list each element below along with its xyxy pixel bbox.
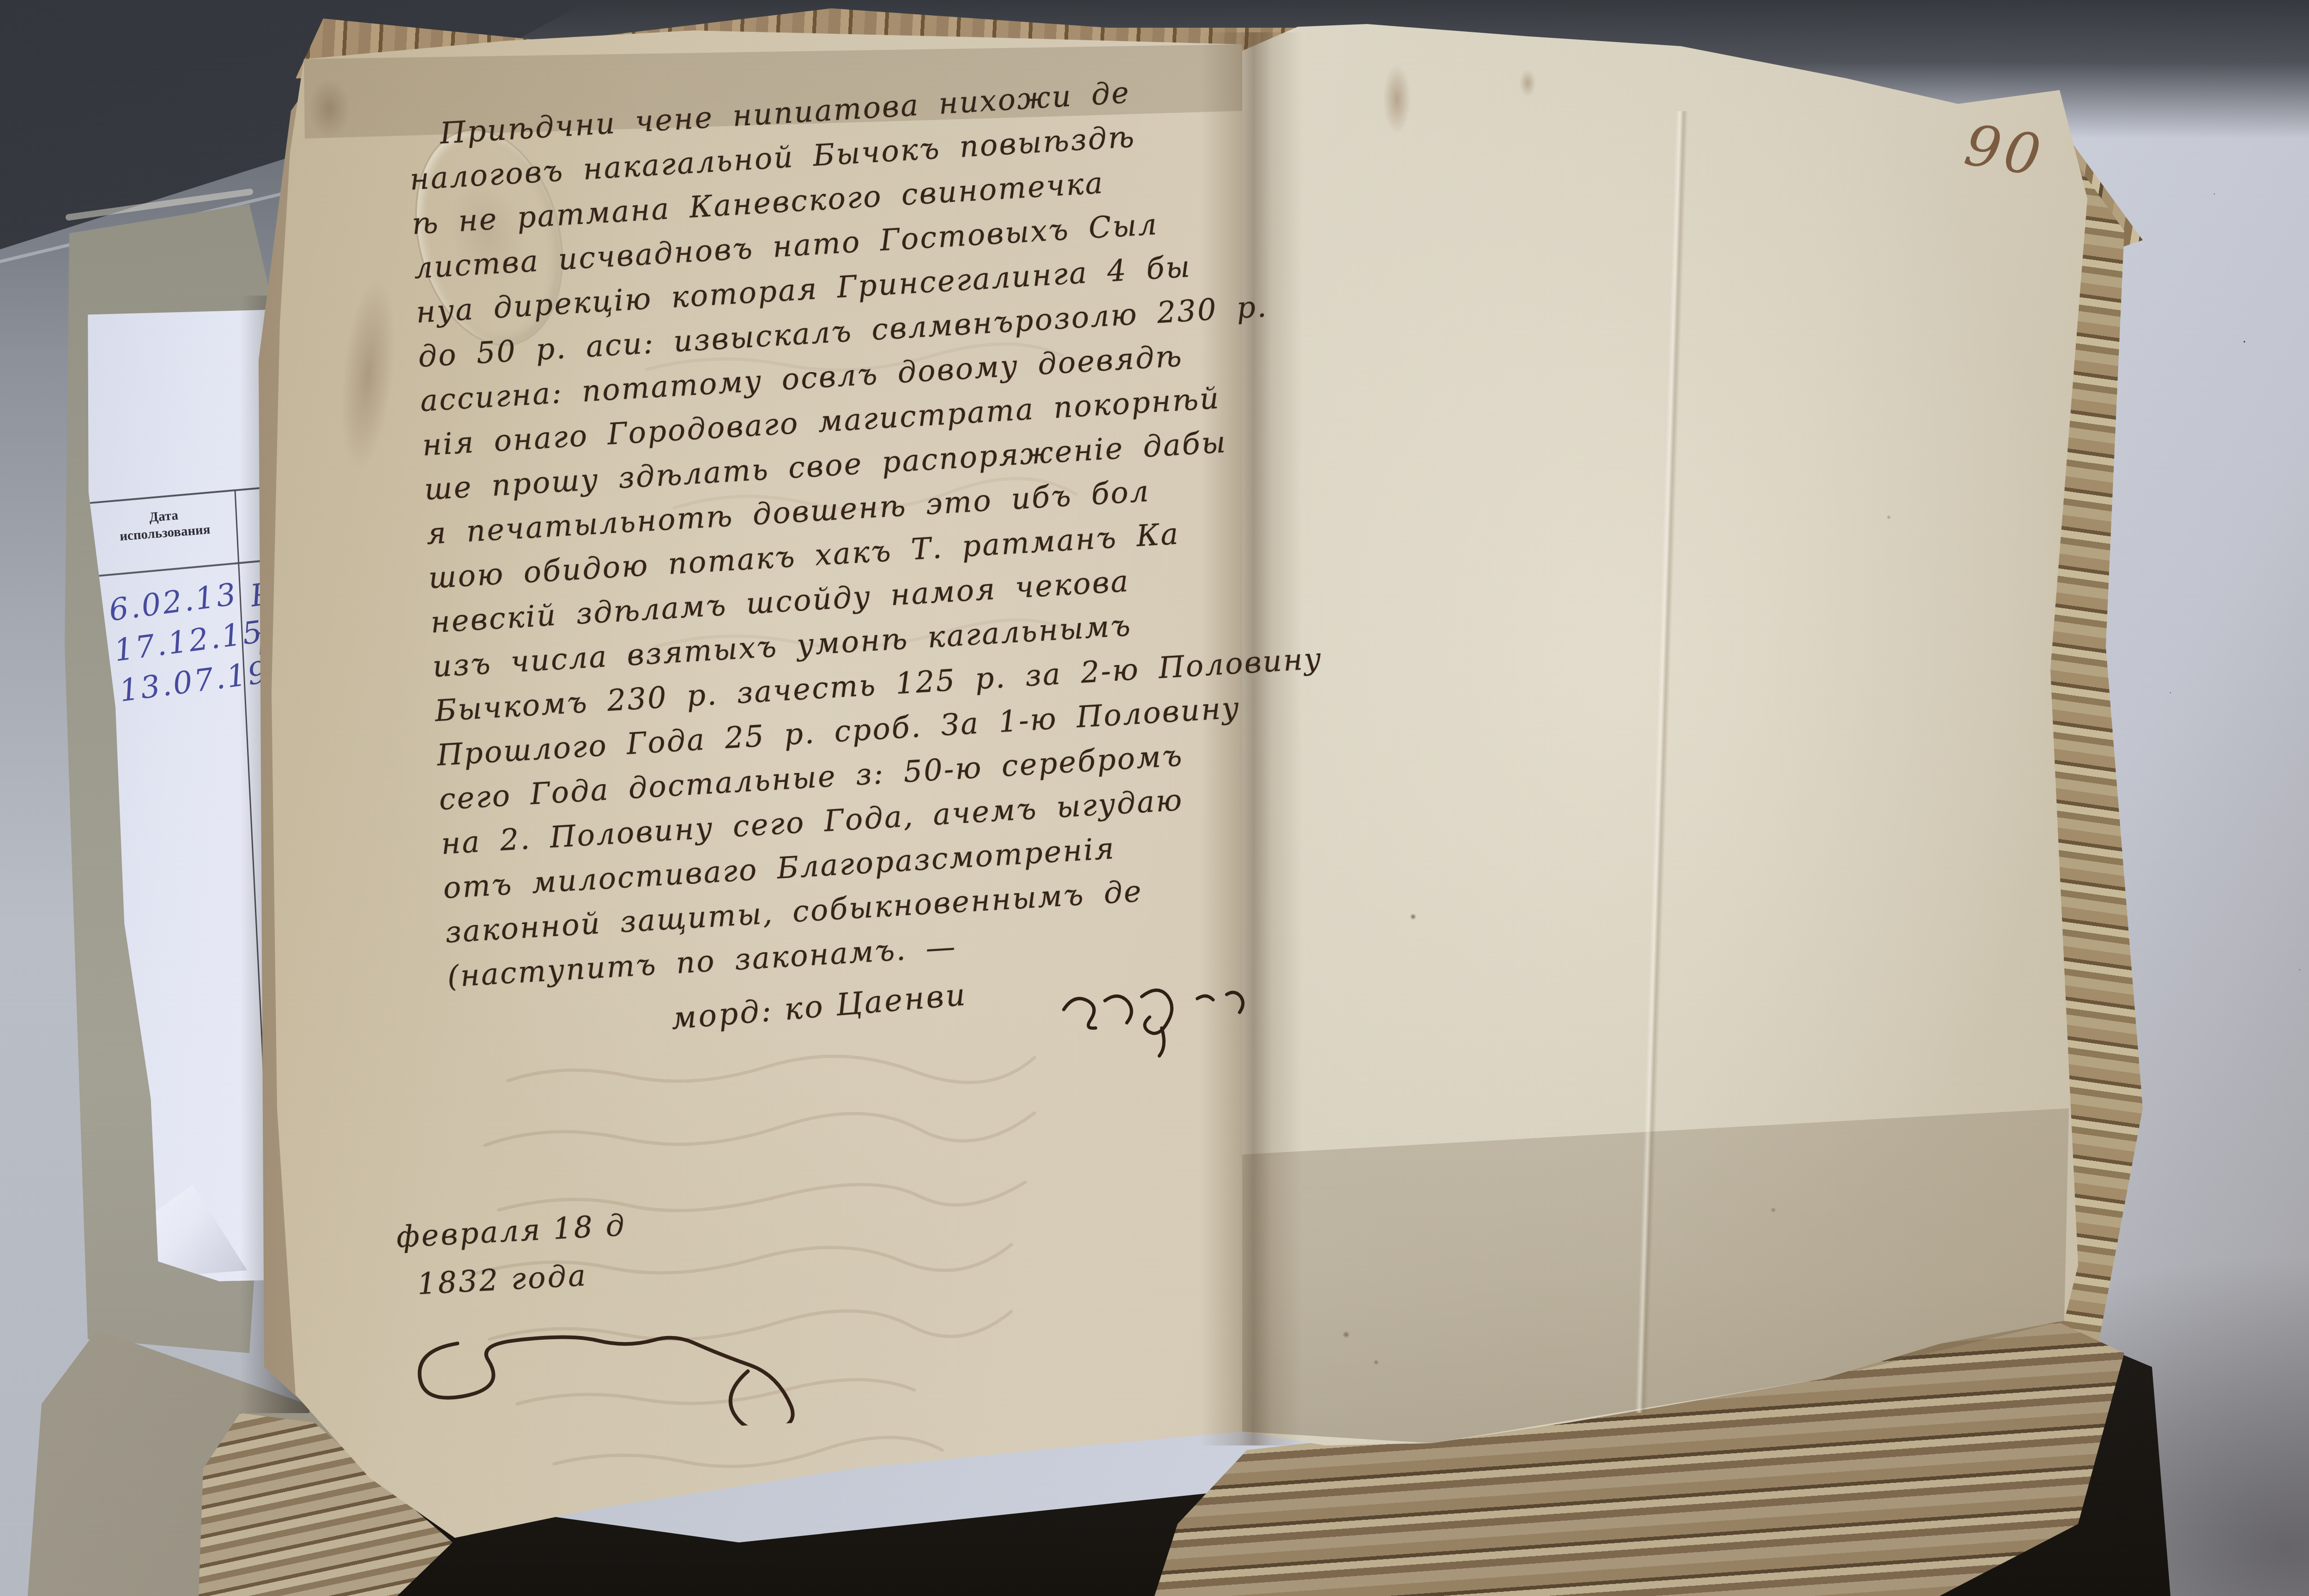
manuscript-text: Приѣдчни чене нипиатова нихожи деналогов… bbox=[406, 69, 1283, 1094]
manuscript-lines: Приѣдчни чене нипиатова нихожи деналогов… bbox=[406, 69, 1278, 994]
left-page-corner-stain bbox=[308, 79, 350, 139]
page-number: 90 bbox=[1960, 112, 2049, 189]
signature-left: морд: ко Цаенви bbox=[670, 977, 968, 1036]
photo-scene: Ф- испол Дата использования 6.02.1317.12… bbox=[0, 0, 2309, 1596]
date-block: февраля 18 д 1832 года bbox=[395, 1188, 892, 1445]
signature-right-hebrew bbox=[1048, 968, 1264, 1065]
signature-flourish bbox=[400, 1280, 891, 1444]
